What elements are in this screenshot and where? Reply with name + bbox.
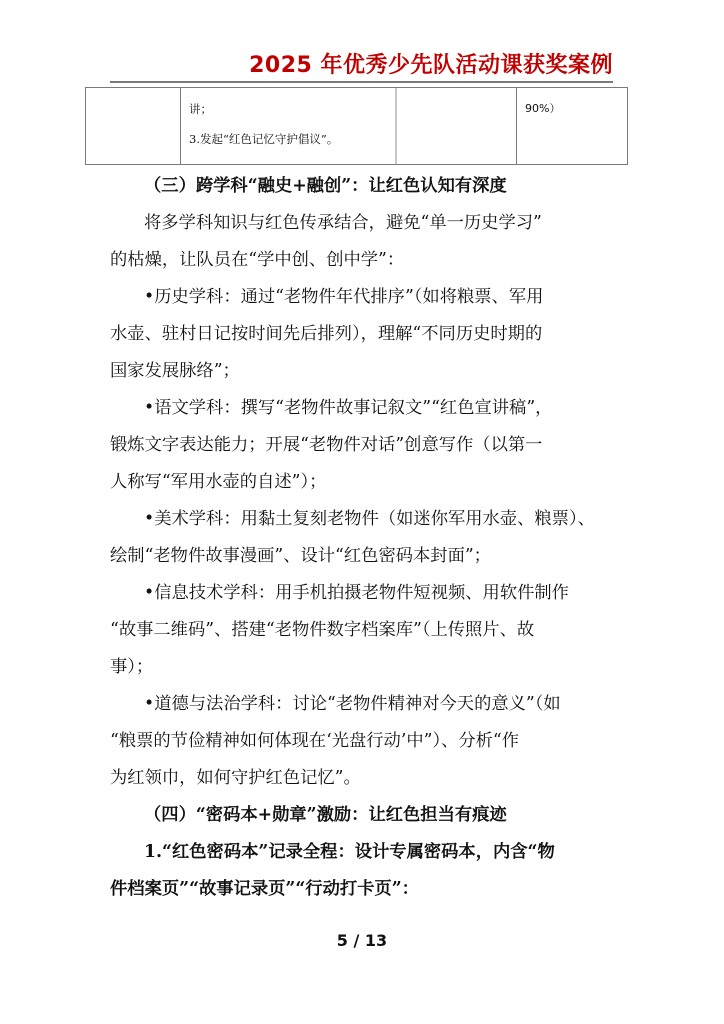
table-cell-text: 90%）	[525, 94, 627, 124]
paragraph-line: 人称写“军用水壶的自述”）；	[110, 464, 613, 501]
bullet-morality-law: •道德与法治学科：讨论“老物件精神对今天的意义”（如	[110, 686, 613, 723]
bullet-art: •美术学科：用黏土复刻老物件（如迷你军用水壶、粮票）、	[110, 501, 613, 538]
paragraph-line: 国家发展脉络”；	[110, 353, 613, 390]
paragraph-line: “粮票的节俭精神如何体现在‘光盘行动’中”）、分析“作	[110, 723, 613, 760]
paragraph-line: 事）；	[110, 649, 613, 686]
section-heading-4: （四）“密码本+勋章”激励：让红色担当有痕迹	[110, 797, 613, 834]
paragraph-line: 绘制“老物件故事漫画”、设计“红色密码本封面”；	[110, 538, 613, 575]
bullet-chinese: •语文学科：撰写“老物件故事记叙文”“红色宣讲稿”，	[110, 390, 613, 427]
paragraph-line: “故事二维码”、搭建“老物件数字档案库”（上传照片、故	[110, 612, 613, 649]
document-header-title: 2025 年优秀少先队活动课获奖案例	[249, 48, 613, 79]
subheading-1-continued: 件档案页”“故事记录页”“行动打卡页”：	[110, 871, 613, 908]
bullet-history: •历史学科：通过“老物件年代排序”（如将粮票、军用	[110, 279, 613, 316]
paragraph-line: 的枯燥，让队员在“学中创、创中学”：	[110, 242, 613, 279]
paragraph-line: 水壶、驻村日记按时间先后排列），理解“不同历史时期的	[110, 316, 613, 353]
document-body: （三）跨学科“融史+融创”：让红色认知有深度 将多学科知识与红色传承结合，避免“…	[110, 168, 613, 908]
table-cell-col2: 讲； 3.发起“红色记忆守护倡议”。	[181, 88, 397, 164]
table-cell-text: 讲；	[189, 94, 395, 124]
subheading-1: 1.“红色密码本”记录全程：设计专属密码本，内含“物	[110, 834, 613, 871]
bullet-it: •信息技术学科：用手机拍摄老物件短视频、用软件制作	[110, 575, 613, 612]
table-cell-col3	[397, 88, 517, 164]
header-divider	[110, 81, 613, 83]
table-cell-col4: 90%）	[517, 88, 627, 164]
paragraph-line: 为红领巾，如何守护红色记忆”。	[110, 760, 613, 797]
paragraph-line: 将多学科知识与红色传承结合，避免“单一历史学习”	[110, 205, 613, 242]
section-heading-3: （三）跨学科“融史+融创”：让红色认知有深度	[110, 168, 613, 205]
table-cell-text: 3.发起“红色记忆守护倡议”。	[189, 124, 395, 154]
activity-table-fragment: 讲； 3.发起“红色记忆守护倡议”。 90%）	[85, 87, 628, 165]
paragraph-line: 锻炼文字表达能力；开展“老物件对话”创意写作（以第一	[110, 427, 613, 464]
table-cell-col1	[86, 88, 181, 164]
page-number: 5 / 13	[0, 931, 724, 950]
